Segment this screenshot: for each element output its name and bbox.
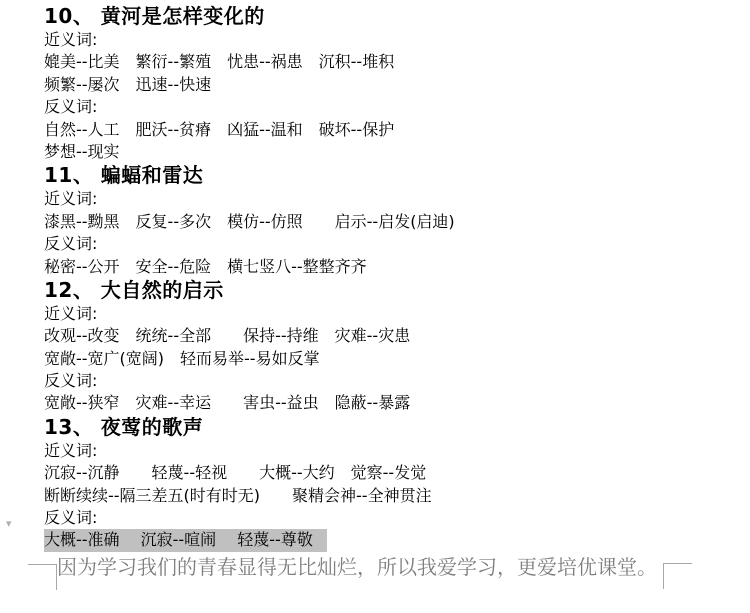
synonym-label: 近义词: xyxy=(44,440,750,462)
lesson-section-13: 13、 夜莺的歌声 近义词: 沉寂--沉静 轻蔑--轻视 大概--大约 觉察--… xyxy=(44,415,750,552)
footer-slogan-text: 因为学习我们的青春显得无比灿烂，所以我爱学习，更爱培优课堂。 xyxy=(57,554,657,581)
synonym-pairs-line: 频繁--屡次 迅速--快速 xyxy=(44,74,750,96)
antonym-label: 反义词: xyxy=(44,233,750,255)
synonym-label: 近义词: xyxy=(44,188,750,210)
selection-highlight: 大概--准确 沉寂--喧闹 轻蔑--尊敬 xyxy=(44,529,327,551)
antonym-pairs-line: 梦想--现实 xyxy=(44,141,750,163)
synonym-pairs-line: 漆黑--黝黑 反复--多次 模仿--仿照 启示--启发(启迪) xyxy=(44,211,750,233)
synonym-pairs-line: 媲美--比美 繁衍--繁殖 忧患--祸患 沉积--堆积 xyxy=(44,51,750,73)
antonym-label: 反义词: xyxy=(44,96,750,118)
synonym-label: 近义词: xyxy=(44,303,750,325)
lesson-heading: 12、 大自然的启示 xyxy=(44,278,750,303)
synonym-pairs-line: 沉寂--沉静 轻蔑--轻视 大概--大约 觉察--发觉 xyxy=(44,462,750,484)
antonym-pairs-line: 宽敞--狭窄 灾难--幸运 害虫--益虫 隐蔽--暴露 xyxy=(44,392,750,414)
text-boundary-mark-right-icon xyxy=(663,563,692,589)
synonym-pairs-line: 改观--改变 统统--全部 保持--持维 灾难--灾患 xyxy=(44,325,750,347)
antonym-pairs-line: 自然--人工 肥沃--贫瘠 凶猛--温和 破坏--保护 xyxy=(44,119,750,141)
lesson-heading: 10、 黄河是怎样变化的 xyxy=(44,4,750,29)
lesson-heading: 11、 蝙蝠和雷达 xyxy=(44,163,750,188)
antonym-label: 反义词: xyxy=(44,507,750,529)
antonym-pairs-line-highlighted: 大概--准确 沉寂--喧闹 轻蔑--尊敬 xyxy=(44,529,750,551)
document-page: 10、 黄河是怎样变化的 近义词: 媲美--比美 繁衍--繁殖 忧患--祸患 沉… xyxy=(0,0,750,552)
lesson-heading: 13、 夜莺的歌声 xyxy=(44,415,750,440)
synonym-label: 近义词: xyxy=(44,29,750,51)
margin-collapse-triangle-icon[interactable]: ▾ xyxy=(6,518,12,529)
synonym-pairs-line: 断断续续--隔三差五(时有时无) 聚精会神--全神贯注 xyxy=(44,485,750,507)
synonym-pairs-line: 宽敞--宽广(宽阔) 轻而易举--易如反掌 xyxy=(44,348,750,370)
text-boundary-mark-left-icon xyxy=(28,564,57,590)
lesson-section-10: 10、 黄河是怎样变化的 近义词: 媲美--比美 繁衍--繁殖 忧患--祸患 沉… xyxy=(44,4,750,163)
lesson-section-11: 11、 蝙蝠和雷达 近义词: 漆黑--黝黑 反复--多次 模仿--仿照 启示--… xyxy=(44,163,750,278)
antonym-pairs-line: 秘密--公开 安全--危险 横七竖八--整整齐齐 xyxy=(44,256,750,278)
antonym-label: 反义词: xyxy=(44,370,750,392)
lesson-section-12: 12、 大自然的启示 近义词: 改观--改变 统统--全部 保持--持维 灾难-… xyxy=(44,278,750,415)
